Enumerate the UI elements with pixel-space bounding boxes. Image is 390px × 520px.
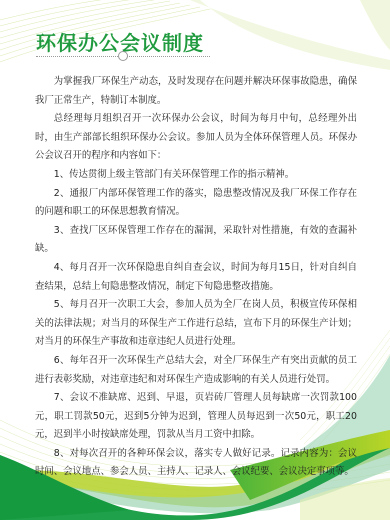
paragraph-item-7: 7、会议不准缺席、迟到、早退，页岩砖厂管理人员每缺席一次罚款100元，职工罚款5… (35, 389, 357, 445)
paragraph-item-5: 5、每月召开一次职工大会，参加人员为全厂在岗人员，积极宣传环保相关的法律法规；对… (35, 296, 357, 352)
paragraph-item-8: 8、对每次召开的各种环保会议，落实专人做好记录。记录内容为：会议时间、会议地点、… (35, 445, 357, 482)
paragraph-item-2: 2、通报厂内部环保管理工作的落实，隐患整改情况及我厂环保工作存在的问题和职工的环… (35, 185, 357, 222)
paragraph-intro: 为掌握我厂环保生产动态，及时发现存在问题并解决环保事故隐患，确保我厂正常生产，特… (35, 73, 357, 110)
paragraph-item-1: 1、传达贯彻上级主管部门有关环保管理工作的指示精神。 (35, 166, 357, 185)
document-body: 为掌握我厂环保生产动态，及时发现存在问题并解决环保事故隐患，确保我厂正常生产，特… (35, 73, 357, 482)
divider-ornament-icon (118, 51, 128, 61)
paragraph-item-4: 4、每月召开一次环保隐患自纠自查会议，时间为每月15日，针对自纠自查结果，总结上… (35, 259, 357, 296)
paragraph-item-3: 3、查找厂区环保管理工作存在的漏洞，采取针对性措施，有效的查漏补缺。 (35, 222, 357, 259)
paragraph-item-6: 6、每年召开一次环保生产总结大会，对全厂环保生产有突出贡献的员工进行表彰奖励，对… (35, 352, 357, 389)
paragraph-meeting-overview: 总经理每月组织召开一次环保办公会议，时间为每月中旬，总经理外出时，由生产部部长组… (35, 110, 357, 166)
